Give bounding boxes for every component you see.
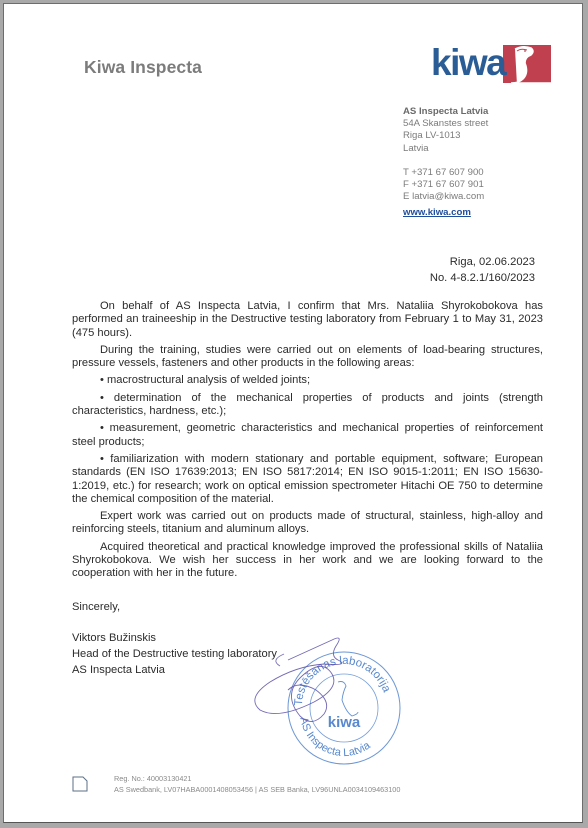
bank-details: AS Swedbank, LV07HABA0001408053456 | AS … [114, 784, 400, 795]
letter-body: On behalf of AS Inspecta Latvia, I confi… [72, 300, 543, 585]
bullet-item: • measurement, geometric characteristics… [72, 422, 543, 449]
bullet-item: • determination of the mechanical proper… [72, 392, 543, 419]
address-country: Latvia [403, 143, 488, 155]
footer: Reg. No.: 40003130421 AS Swedbank, LV07H… [114, 773, 400, 795]
address-city: Riga LV-1013 [403, 130, 488, 142]
company-stamp: Testēšanas laboratorija AS Inspecta Latv… [240, 630, 415, 765]
reference-number: No. 4-8.2.1/160/2023 [430, 270, 535, 286]
registration-number: Reg. No.: 40003130421 [114, 773, 400, 784]
place-date: Riga, 02.06.2023 [430, 254, 535, 270]
stamp-seal-icon: Testēšanas laboratorija AS Inspecta Latv… [240, 630, 415, 765]
paragraph-expert-work: Expert work was carried out on products … [72, 510, 543, 537]
address-fax: F +371 67 607 901 [403, 179, 488, 191]
address-street: 54A Skanstes street [403, 118, 488, 130]
address-phone: T +371 67 607 900 [403, 167, 488, 179]
kiwa-logo: kiwa [431, 43, 553, 89]
date-reference-block: Riga, 02.06.2023 No. 4-8.2.1/160/2023 [430, 254, 535, 286]
website-link[interactable]: www.kiwa.com [403, 207, 471, 219]
address-block: AS Inspecta Latvia 54A Skanstes street R… [403, 106, 488, 220]
bullet-item: • macrostructural analysis of welded joi… [72, 374, 543, 387]
document-icon [72, 776, 88, 792]
paragraph-training: During the training, studies were carrie… [72, 344, 543, 371]
closing: Sincerely, [72, 600, 120, 616]
bullet-item: • familiarization with modern stationary… [72, 453, 543, 506]
logo-text: kiwa [431, 43, 505, 83]
paragraph-confirmation: On behalf of AS Inspecta Latvia, I confi… [72, 300, 543, 340]
address-email: E latvia@kiwa.com [403, 191, 488, 203]
letter-page: Kiwa Inspecta kiwa AS Inspecta Latvia 54… [3, 3, 583, 823]
paragraph-conclusion: Acquired theoretical and practical knowl… [72, 541, 543, 581]
svg-text:kiwa: kiwa [328, 714, 361, 731]
address-company: AS Inspecta Latvia [403, 106, 488, 118]
brand-title: Kiwa Inspecta [84, 57, 202, 78]
